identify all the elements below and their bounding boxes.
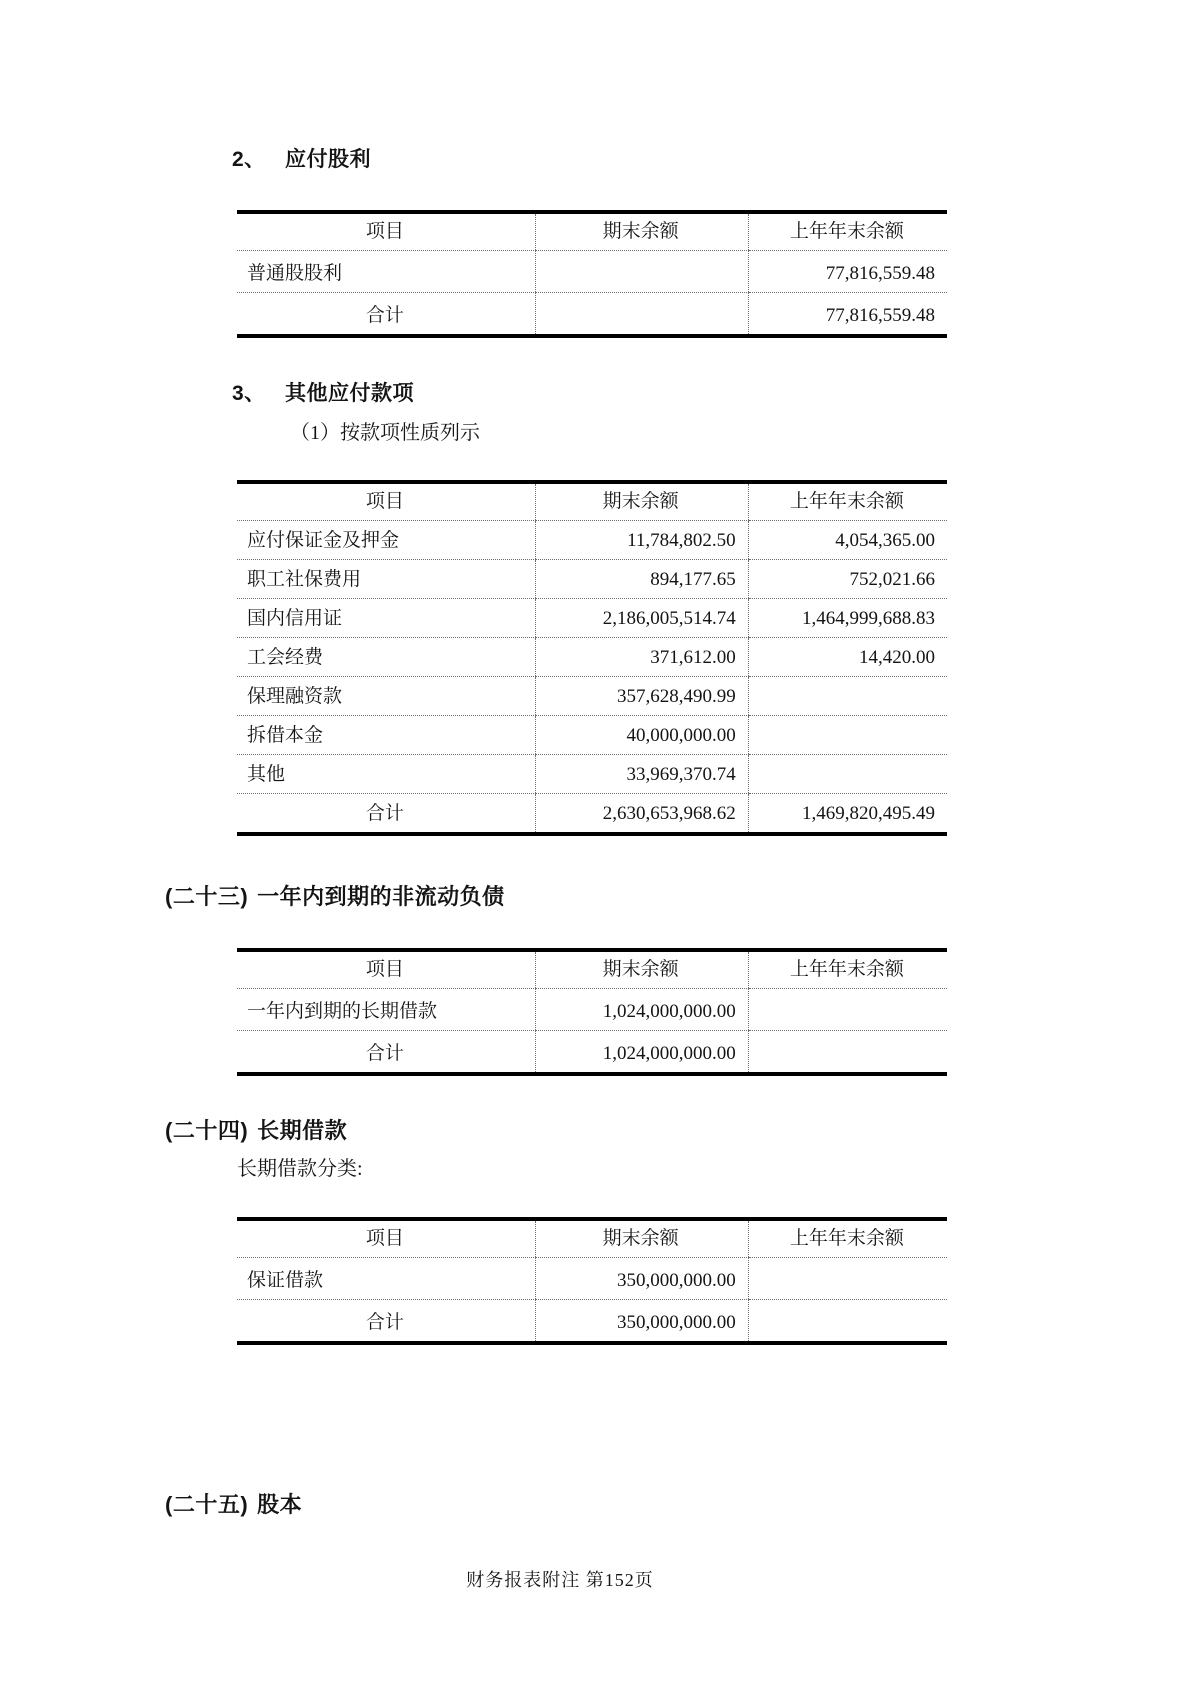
row-prior-value	[748, 677, 947, 716]
col-header-item: 项目	[237, 1219, 535, 1258]
row-prior-value	[748, 1031, 947, 1075]
table-row: 职工社保费用 894,177.65 752,021.66	[237, 560, 947, 599]
subsection-title-by-nature: （1）按款项性质列示	[290, 419, 1200, 447]
table-row: 工会经费 371,612.00 14,420.00	[237, 638, 947, 677]
row-item-label: 职工社保费用	[237, 560, 535, 599]
row-item-label: 工会经费	[237, 638, 535, 677]
table-row: 其他 33,969,370.74	[237, 755, 947, 794]
row-current-value: 33,969,370.74	[535, 755, 748, 794]
table-row: 保理融资款 357,628,490.99	[237, 677, 947, 716]
row-item-label: 保理融资款	[237, 677, 535, 716]
table-row: 国内信用证 2,186,005,514.74 1,464,999,688.83	[237, 599, 947, 638]
row-current-value: 894,177.65	[535, 560, 748, 599]
row-prior-value: 4,054,365.00	[748, 521, 947, 560]
row-prior-value: 1,464,999,688.83	[748, 599, 947, 638]
row-prior-value	[748, 755, 947, 794]
row-item-label: 合计	[237, 1300, 535, 1344]
col-header-prior: 上年年末余额	[748, 212, 947, 251]
row-prior-value: 14,420.00	[748, 638, 947, 677]
table-row: 一年内到期的长期借款 1,024,000,000.00	[237, 989, 947, 1031]
col-header-prior: 上年年末余额	[748, 950, 947, 989]
row-current-value: 371,612.00	[535, 638, 748, 677]
table-header-row: 项目 期末余额 上年年末余额	[237, 1219, 947, 1258]
col-header-current: 期末余额	[535, 212, 748, 251]
row-item-label: 保证借款	[237, 1258, 535, 1300]
row-item-label: 拆借本金	[237, 716, 535, 755]
col-header-current: 期末余额	[535, 482, 748, 521]
page-footer: 财务报表附注 第152页	[165, 1566, 955, 1592]
row-current-value	[535, 251, 748, 293]
dividends-payable-table: 项目 期末余额 上年年末余额 普通股股利 77,816,559.48 合计 77…	[237, 210, 947, 338]
table-row: 普通股股利 77,816,559.48	[237, 251, 947, 293]
table-total-row: 合计 2,630,653,968.62 1,469,820,495.49	[237, 794, 947, 835]
table-row: 拆借本金 40,000,000.00	[237, 716, 947, 755]
section-number: (二十五)	[165, 1490, 248, 1520]
row-prior-value	[748, 1258, 947, 1300]
row-current-value: 357,628,490.99	[535, 677, 748, 716]
row-item-label: 一年内到期的长期借款	[237, 989, 535, 1031]
row-current-value: 1,024,000,000.00	[535, 1031, 748, 1075]
row-item-label: 合计	[237, 293, 535, 337]
section-number: 2、	[232, 146, 285, 174]
col-header-prior: 上年年末余额	[748, 1219, 947, 1258]
table-header-row: 项目 期末余额 上年年末余额	[237, 482, 947, 521]
section-title: 一年内到期的非流动负债	[257, 882, 505, 912]
row-item-label: 普通股股利	[237, 251, 535, 293]
section-heading-other-payables: 3、 其他应付款项	[232, 380, 1200, 408]
col-header-current: 期末余额	[535, 1219, 748, 1258]
col-header-item: 项目	[237, 212, 535, 251]
table-total-row: 合计 1,024,000,000.00	[237, 1031, 947, 1075]
col-header-prior: 上年年末余额	[748, 482, 947, 521]
section-heading-longterm-loans: (二十四) 长期借款	[165, 1116, 1200, 1146]
other-payables-table: 项目 期末余额 上年年末余额 应付保证金及押金 11,784,802.50 4,…	[237, 480, 947, 836]
table-row: 保证借款 350,000,000.00	[237, 1258, 947, 1300]
col-header-item: 项目	[237, 482, 535, 521]
section-title: 应付股利	[285, 146, 371, 174]
row-prior-value	[748, 1300, 947, 1344]
longterm-loans-table: 项目 期末余额 上年年末余额 保证借款 350,000,000.00 合计 35…	[237, 1217, 947, 1345]
section-number: 3、	[232, 380, 285, 408]
section-title: 股本	[257, 1490, 302, 1520]
section-number: (二十四)	[165, 1116, 248, 1146]
row-current-value: 11,784,802.50	[535, 521, 748, 560]
row-current-value	[535, 293, 748, 337]
row-current-value: 350,000,000.00	[535, 1258, 748, 1300]
document-page: 2、 应付股利 项目 期末余额 上年年末余额 普通股股利 77,816,559.…	[0, 0, 1200, 1696]
section-heading-dividends-payable: 2、 应付股利	[232, 146, 1200, 174]
row-item-label: 应付保证金及押金	[237, 521, 535, 560]
subsection-title-loan-classification: 长期借款分类:	[237, 1155, 1200, 1183]
row-current-value: 350,000,000.00	[535, 1300, 748, 1344]
col-header-item: 项目	[237, 950, 535, 989]
row-current-value: 40,000,000.00	[535, 716, 748, 755]
col-header-current: 期末余额	[535, 950, 748, 989]
section-heading-noncurrent-due-within-one-year: (二十三) 一年内到期的非流动负债	[165, 882, 1200, 912]
row-prior-value	[748, 716, 947, 755]
table-header-row: 项目 期末余额 上年年末余额	[237, 950, 947, 989]
table-total-row: 合计 350,000,000.00	[237, 1300, 947, 1344]
table-row: 应付保证金及押金 11,784,802.50 4,054,365.00	[237, 521, 947, 560]
table-total-row: 合计 77,816,559.48	[237, 293, 947, 337]
row-prior-value	[748, 989, 947, 1031]
row-current-value: 2,630,653,968.62	[535, 794, 748, 835]
row-prior-value: 77,816,559.48	[748, 293, 947, 337]
section-title: 长期借款	[257, 1116, 347, 1146]
row-current-value: 1,024,000,000.00	[535, 989, 748, 1031]
section-heading-share-capital: (二十五) 股本	[165, 1490, 1200, 1520]
row-item-label: 其他	[237, 755, 535, 794]
row-prior-value: 752,021.66	[748, 560, 947, 599]
row-current-value: 2,186,005,514.74	[535, 599, 748, 638]
row-prior-value: 1,469,820,495.49	[748, 794, 947, 835]
row-item-label: 合计	[237, 1031, 535, 1075]
section-number: (二十三)	[165, 882, 248, 912]
row-prior-value: 77,816,559.48	[748, 251, 947, 293]
section-title: 其他应付款项	[285, 380, 414, 408]
noncurrent-due-table: 项目 期末余额 上年年末余额 一年内到期的长期借款 1,024,000,000.…	[237, 948, 947, 1076]
row-item-label: 国内信用证	[237, 599, 535, 638]
row-item-label: 合计	[237, 794, 535, 835]
table-header-row: 项目 期末余额 上年年末余额	[237, 212, 947, 251]
